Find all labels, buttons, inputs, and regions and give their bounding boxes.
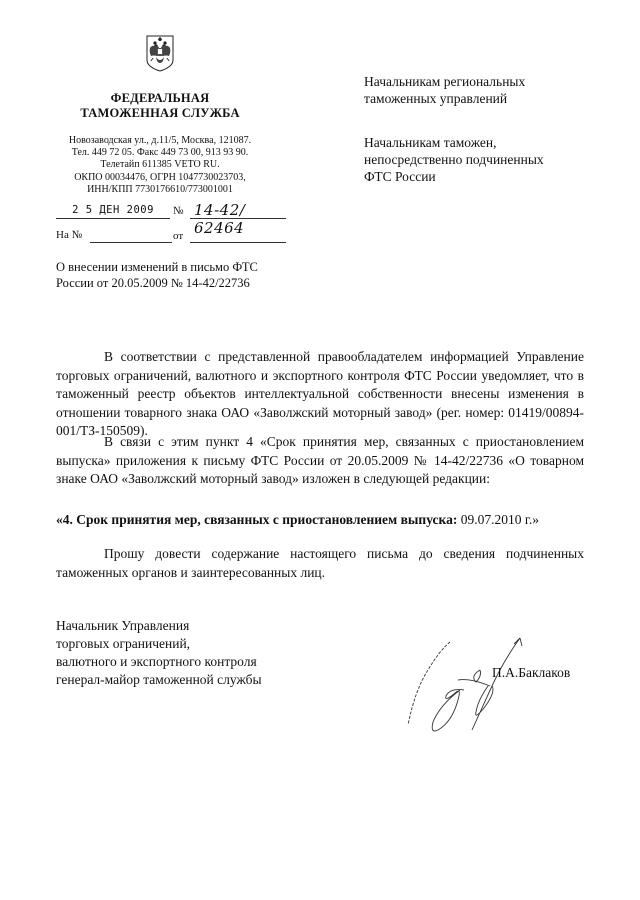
addressee-regional-directorates: Начальникам региональных таможенных упра… — [364, 73, 604, 107]
reference-row: На № от — [56, 229, 286, 245]
number-underline — [190, 218, 286, 219]
org-name-line: ТАМОЖЕННАЯ СЛУЖБА — [60, 106, 260, 121]
ref-from-blank — [190, 242, 286, 243]
body-paragraph-request: Прошу довести содержание настоящего пись… — [56, 545, 584, 582]
amendment-text: «4. Срок принятия мер, связанных с приос… — [56, 512, 461, 527]
organization-name: ФЕДЕРАЛЬНАЯ ТАМОЖЕННАЯ СЛУЖБА — [60, 91, 260, 121]
addressee-line: непосредственно подчиненных — [364, 151, 604, 168]
addressee-line: ФТС России — [364, 168, 604, 185]
signatory-title-line: валютного и экспортного контроля — [56, 653, 316, 671]
ref-number-blank — [90, 242, 172, 243]
org-name-line: ФЕДЕРАЛЬНАЯ — [60, 91, 260, 106]
address-line: Тел. 449 72 05. Факс 449 73 00, 913 93 9… — [52, 147, 268, 159]
subject-line: России от 20.05.2009 № 14-42/22736 — [56, 275, 296, 291]
signatory-name: П.А.Баклаков — [492, 665, 570, 681]
signatory-title-line: генерал-майор таможенной службы — [56, 671, 316, 689]
body-paragraph-1: В соответствии с представленной правообл… — [56, 348, 584, 441]
addressee-line: Начальникам региональных — [364, 73, 604, 90]
body-paragraph-2: В связи с этим пункт 4 «Срок принятия ме… — [56, 433, 584, 489]
address-line: Телетайп 611385 VETO RU. — [52, 159, 268, 171]
signatory-title-line: Начальник Управления — [56, 617, 316, 635]
addressee-line: таможенных управлений — [364, 90, 604, 107]
ref-from-label: от — [173, 230, 183, 242]
signatory-title-line: торговых ограничений, — [56, 635, 316, 653]
letter-subject: О внесении изменений в письмо ФТС России… — [56, 259, 296, 291]
ref-number-label: На № — [56, 229, 82, 241]
signatory-title: Начальник Управления торговых ограничени… — [56, 617, 316, 689]
body-paragraph-amendment: «4. Срок принятия мер, связанных с приос… — [56, 511, 584, 530]
number-label: № — [173, 205, 184, 217]
document-date: 2 5 ДЕН 2009 — [58, 204, 168, 216]
address-line: ИНН/КПП 7730176610/773001001 — [52, 184, 268, 196]
addressee-line: Начальникам таможен, — [364, 134, 604, 151]
registration-row: 2 5 ДЕН 2009 № 14-42/ 62464 — [56, 204, 286, 220]
russian-coat-of-arms-icon — [144, 34, 176, 72]
handwritten-signature-icon — [400, 630, 540, 740]
address-line: ОКПО 00034476, ОГРН 1047730023703, — [52, 172, 268, 184]
subject-line: О внесении изменений в письмо ФТС — [56, 259, 296, 275]
amendment-date: 09.07.2010 г.» — [461, 512, 539, 527]
address-line: Новозаводская ул., д.11/5, Москва, 12108… — [52, 135, 268, 147]
addressee-customs-heads: Начальникам таможен, непосредственно под… — [364, 134, 604, 185]
date-underline — [56, 218, 170, 219]
organization-address: Новозаводская ул., д.11/5, Москва, 12108… — [52, 135, 268, 196]
